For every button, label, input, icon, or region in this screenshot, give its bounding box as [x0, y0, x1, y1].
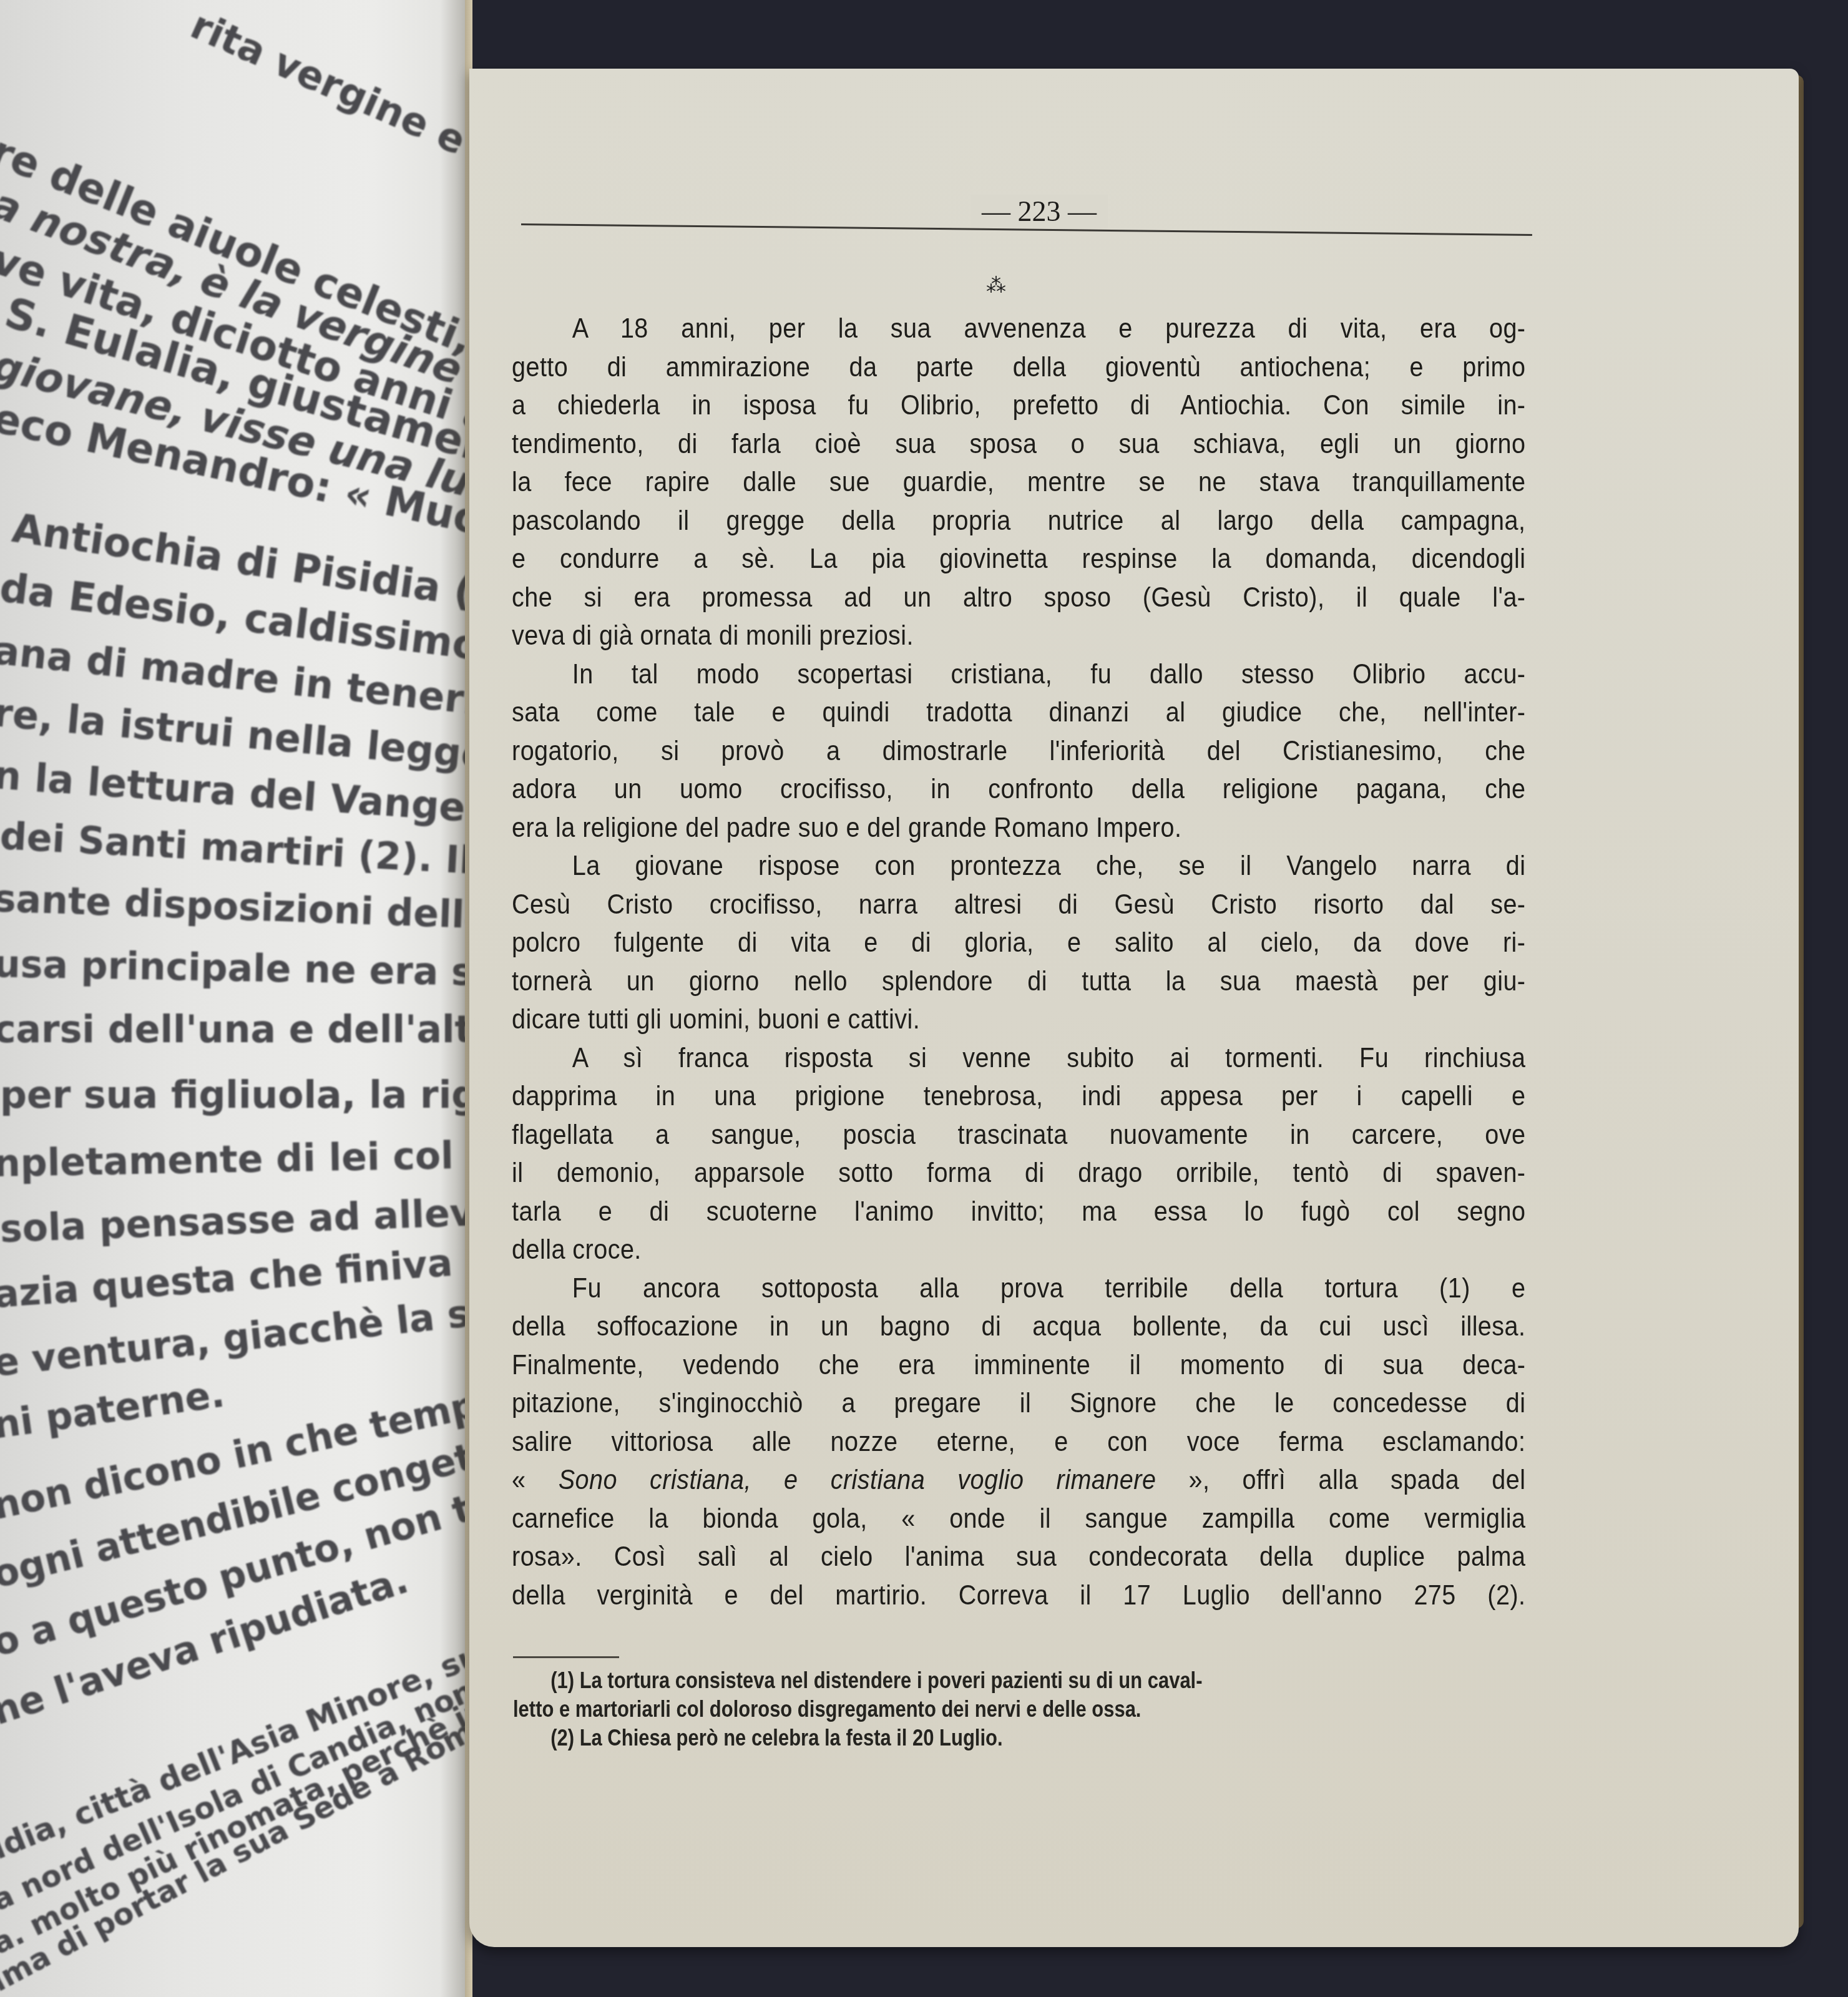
left-line: sante disposizioni della sua figliuola [0, 877, 465, 947]
text-line: sata come tale e quindi tradotta dinanzi… [512, 693, 1525, 731]
text-line: adora un uomo crocifisso, in confronto d… [512, 769, 1525, 808]
italic-quote: Sono cristiana, e cristiana voglio riman… [559, 1463, 1156, 1495]
section-break-asterism: ⁂ [986, 278, 1006, 293]
text-line: il demonio, apparsole sotto forma di dra… [512, 1153, 1525, 1192]
text-line: tornerà un giorno nello splendore di tut… [512, 962, 1525, 1000]
left-line: usa principale ne era stata la nutrice [0, 942, 465, 1000]
text-line: Finalmente, vedendo che era imminente il… [512, 1345, 1525, 1384]
left-line: per sua figliuola, la rigettò dalla [0, 1073, 465, 1117]
footnote-1: (1) La tortura consisteva nel distendere… [513, 1666, 1399, 1695]
text-line-with-italic-quote: carnefice la bionda gola, « onde il sang… [512, 1499, 1525, 1538]
text-line: A 18 anni, per la sua avvenenza e purezz… [512, 309, 1525, 348]
text-line: dicare tutti gli uomini, buoni e cattivi… [512, 1000, 1525, 1038]
left-line: rita vergine e martire [184, 2, 465, 235]
text-line: dapprima in una prigione tenebrosa, indi… [512, 1077, 1525, 1115]
text-line: era la religione del padre suo e del gra… [512, 808, 1525, 847]
footnotes: (1) La tortura consisteva nel distendere… [513, 1666, 1399, 1752]
text-line: della croce. [512, 1230, 1525, 1269]
text-line: pascolando il gregge della propria nutri… [512, 501, 1525, 540]
text-line: tendimento, di farla cioè sua sposa o su… [512, 424, 1525, 463]
text-line: veva di già ornata di monili preziosi. [512, 616, 1525, 655]
text-line: a chiederla in isposa fu Olibrio, prefet… [512, 386, 1525, 424]
text-line: A sì franca risposta si venne subito ai … [512, 1038, 1525, 1077]
text-line: che si era promessa ad un altro sposo (G… [512, 578, 1525, 617]
text-line-with-italic-quote: « Sono cristiana, e cristiana voglio rim… [512, 1460, 1525, 1499]
left-line: carsi dell'una e dell'altra, non volle [0, 1008, 465, 1052]
footnote-2: (2) La Chiesa però ne celebra la festa i… [513, 1724, 1399, 1752]
text-line: della soffocazione in un bagno di acqua … [512, 1307, 1525, 1345]
text-line: La giovane rispose con prontezza che, se… [512, 846, 1525, 885]
spine-shadow [440, 0, 465, 1997]
body-text: A 18 anni, per la sua avvenenza e purezz… [512, 309, 1404, 1614]
text-line: pitazione, s'inginocchiò a pregare il Si… [512, 1384, 1525, 1422]
text-line: e condurre a sè. La pia giovinetta respi… [512, 539, 1525, 578]
text-line: tarla e di scuoterne l'animo invitto; ma… [512, 1192, 1525, 1231]
left-line: ni paterne. [0, 1372, 227, 1447]
text-line: flagellata a sangue, poscia trascinata n… [512, 1115, 1525, 1154]
text-line-with-italic-quote: rosa». Così salì al cielo l'anima sua co… [512, 1537, 1525, 1576]
text-line: rogatorio, si provò a dimostrarle l'infe… [512, 731, 1525, 770]
left-page: rita vergine e martire re delle aiuole c… [0, 0, 465, 1997]
text-line: polcro fulgente di vita e di gloria, e s… [512, 923, 1525, 962]
left-line: npletamente di lei col lasciarla nelle [0, 1129, 465, 1186]
left-line: sola pensasse ad allevarla e prov [0, 1183, 465, 1251]
page-header: — 223 — [521, 200, 1532, 256]
text-line: salire vittoriosa alle nozze eterne, e c… [512, 1422, 1525, 1461]
page-number: — 223 — [970, 195, 1108, 228]
left-page-text: rita vergine e martire re delle aiuole c… [0, 0, 465, 1997]
footnote-1-cont: letto e martoriarli col doloroso disgreg… [513, 1695, 1399, 1724]
text-line: della verginità e del martirio. Correva … [512, 1576, 1525, 1614]
text-line: In tal modo scopertasi cristiana, fu dal… [512, 655, 1525, 693]
text-line: Cesù Cristo crocifisso, narra altresi di… [512, 885, 1525, 924]
footnote-separator [513, 1656, 619, 1658]
text-line: getto di ammirazione da parte della giov… [512, 348, 1525, 386]
text-line: Fu ancora sottoposta alla prova terribil… [512, 1269, 1525, 1307]
text-line: la fece rapire dalle sue guardie, mentre… [512, 462, 1525, 501]
